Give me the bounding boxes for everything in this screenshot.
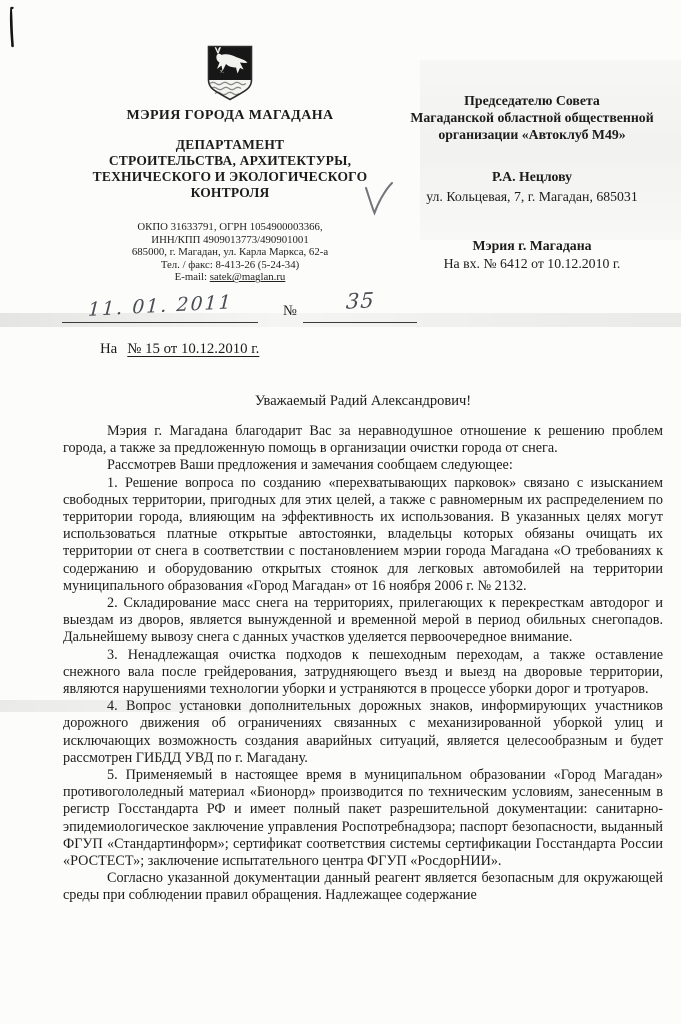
pen-mark-icon <box>7 6 21 50</box>
number-sign-label: № <box>283 303 297 320</box>
recipient-title-line: организации «Автоклуб М49» <box>388 126 676 143</box>
body-paragraph: Согласно указанной документации данный р… <box>63 870 663 904</box>
body-paragraph: 1. Решение вопроса по созданию «перехват… <box>63 475 663 595</box>
outgoing-date-field: 11. 01. 2011 <box>62 293 258 323</box>
checkmark-icon <box>364 182 394 218</box>
registration-stamp-title: Мэрия г. Магадана <box>388 238 676 254</box>
org-name: МЭРИЯ ГОРОДА МАГАДАНА <box>55 108 405 124</box>
email-label: E-mail: <box>175 271 210 283</box>
contact-email-line: E-mail: satek@maglan.ru <box>55 271 405 284</box>
letter-body: Мэрия г. Магадана благодарит Вас за нера… <box>63 423 663 905</box>
handwritten-number: 35 <box>345 288 375 314</box>
contact-inn-kpp: ИНН/КПП 4909013773/490901001 <box>55 234 405 247</box>
contact-phone-fax: Тел. / факс: 8-413-26 (5-24-34) <box>55 259 405 272</box>
body-paragraph: Рассмотрев Ваши предложения и замечания … <box>63 457 663 474</box>
registration-stamp-entry: На вх. № 6412 от 10.12.2010 г. <box>388 256 676 272</box>
handwritten-date: 11. 01. 2011 <box>87 291 233 321</box>
city-emblem-deer-icon: х. <box>206 44 254 103</box>
letterhead: х. МЭРИЯ ГОРОДА МАГАДАНА ДЕПАРТАМЕНТ СТР… <box>55 44 405 284</box>
department-line: СТРОИТЕЛЬСТВА, АРХИТЕКТУРЫ, <box>55 153 405 169</box>
outgoing-number-field: 35 <box>303 293 417 323</box>
recipient-title-line: Магаданской областной общественной <box>388 109 676 126</box>
department-line: КОНТРОЛЯ <box>55 185 405 201</box>
department-line: ДЕПАРТАМЕНТ <box>55 137 405 153</box>
body-paragraph: 2. Складирование масс снега на территори… <box>63 595 663 647</box>
reply-prefix: На <box>100 341 117 357</box>
contact-block: ОКПО 31633791, ОГРН 1054900003366, ИНН/К… <box>55 221 405 284</box>
body-paragraph: 5. Применяемый в настоящее время в муниц… <box>63 767 663 870</box>
recipient-address: ул. Кольцевая, 7, г. Магадан, 685031 <box>388 189 676 205</box>
reply-reference-line: На№ 15 от 10.12.2010 г. <box>100 341 259 358</box>
recipient-name: Р.А. Нецлову <box>388 169 676 185</box>
scanned-letter-page: х. МЭРИЯ ГОРОДА МАГАДАНА ДЕПАРТАМЕНТ СТР… <box>0 0 681 1024</box>
email-address: satek@maglan.ru <box>210 271 286 283</box>
body-paragraph: Мэрия г. Магадана благодарит Вас за нера… <box>63 423 663 457</box>
department-name: ДЕПАРТАМЕНТ СТРОИТЕЛЬСТВА, АРХИТЕКТУРЫ, … <box>55 137 405 201</box>
department-line: ТЕХНИЧЕСКОГО И ЭКОЛОГИЧЕСКОГО <box>55 169 405 185</box>
contact-postal-address: 685000, г. Магадан, ул. Карла Маркса, 62… <box>55 246 405 259</box>
recipient-block: Председателю Совета Магаданской областно… <box>388 92 676 272</box>
salutation: Уважаемый Радий Александрович! <box>63 393 663 410</box>
recipient-title: Председателю Совета Магаданской областно… <box>388 92 676 143</box>
svg-text:х.: х. <box>220 69 225 75</box>
body-paragraph: 4. Вопрос установки дополнительных дорож… <box>63 698 663 767</box>
recipient-title-line: Председателю Совета <box>388 92 676 109</box>
body-paragraph: 3. Ненадлежащая очистка подходов к пешех… <box>63 647 663 699</box>
contact-okpo-ogrn: ОКПО 31633791, ОГРН 1054900003366, <box>55 221 405 234</box>
reply-reference: № 15 от 10.12.2010 г. <box>127 341 259 357</box>
